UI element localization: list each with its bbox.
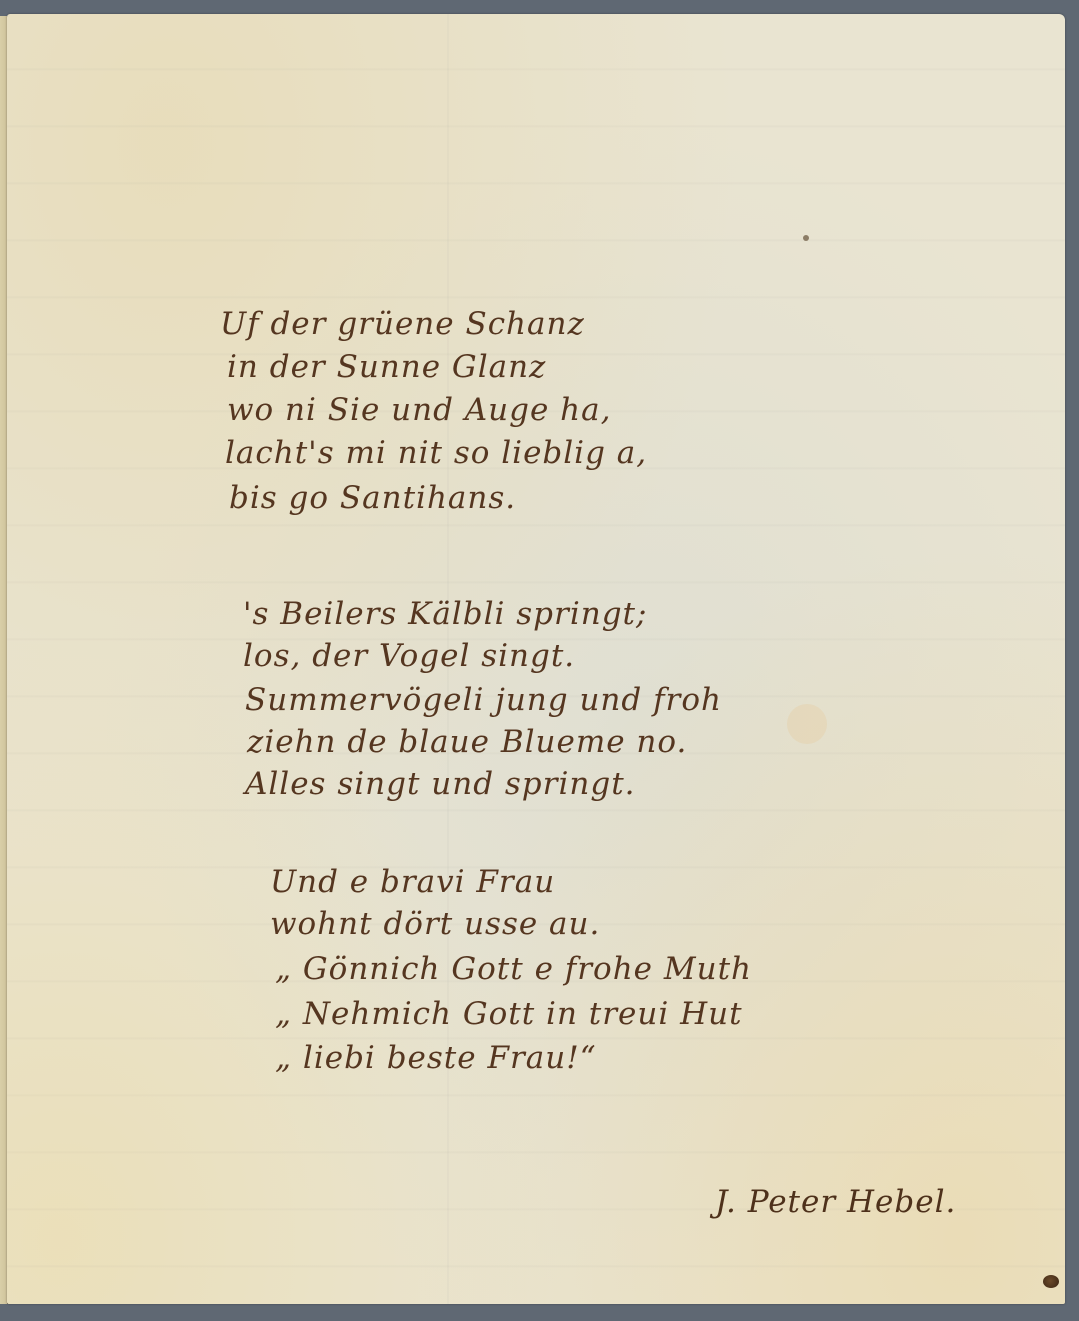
poem-line: „ Nehmich Gott in treui Hut — [275, 994, 743, 1034]
poem-line: wo ni Sie und Auge ha, — [227, 390, 611, 430]
poem-line: Alles singt und springt. — [245, 764, 636, 804]
poem-line: wohnt dört usse au. — [270, 904, 600, 944]
poem-line: Und e bravi Frau — [270, 862, 555, 902]
poem-line: ziehn de blaue Blueme no. — [247, 722, 687, 762]
manuscript-page: Uf der grüene Schanz in der Sunne Glanz … — [7, 14, 1065, 1304]
author-signature: J. Peter Hebel. — [715, 1184, 956, 1220]
poem-line: in der Sunne Glanz — [227, 347, 546, 387]
poem-line: los, der Vogel singt. — [243, 636, 575, 676]
poem-line: „ liebi beste Frau!“ — [275, 1038, 597, 1078]
poem-line: Uf der grüene Schanz — [220, 304, 585, 344]
poem-line: bis go Santihans. — [229, 478, 516, 518]
poem-line: „ Gönnich Gott e frohe Muth — [275, 949, 752, 989]
poem: Uf der grüene Schanz in der Sunne Glanz … — [7, 14, 1065, 1304]
poem-line: 's Beilers Kälbli springt; — [243, 594, 647, 634]
poem-line: lacht's mi nit so lieblig a, — [225, 433, 647, 473]
poem-line: Summervögeli jung und froh — [245, 680, 722, 720]
